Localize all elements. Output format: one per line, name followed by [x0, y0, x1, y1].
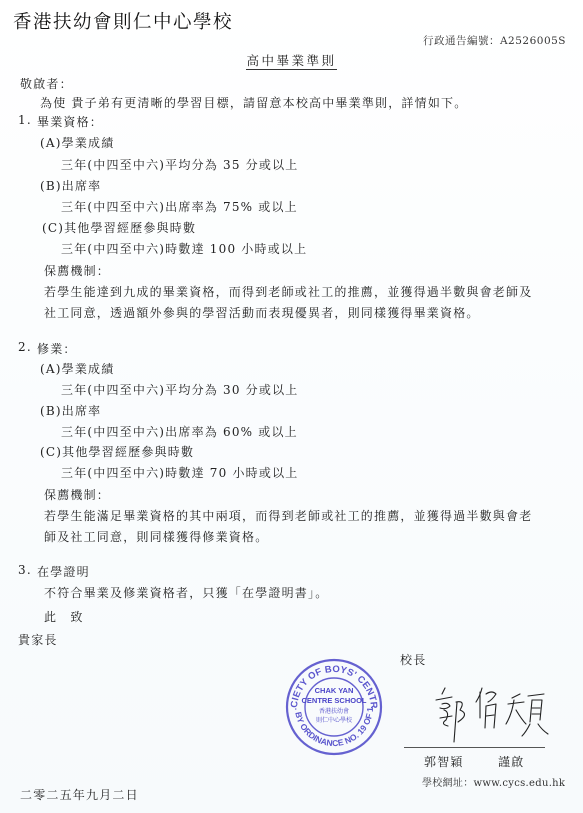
document-title-text: 高中畢業準則	[246, 53, 336, 70]
section-3-number: 3.	[18, 563, 32, 577]
school-name: 香港扶幼會則仁中心學校	[13, 8, 233, 34]
notice-reference-number: 行政通告編號：A2526005S	[423, 33, 566, 48]
recommendation-line-1: 若學生能達到九成的畢業資格，而得到老師或社工的推薦，並獲得過半數與會老師及	[44, 283, 532, 300]
recommendation-line-2: 師及社工同意，則同樣獲得修業資格。	[44, 528, 268, 545]
svg-text:則仁中心學校: 則仁中心學校	[316, 716, 353, 724]
section-1-number: 1.	[18, 113, 32, 127]
signature-line	[404, 747, 545, 748]
criterion-academic-label: (A)學業成績	[40, 360, 114, 377]
opening-paragraph: 為使 貴子弟有更清晰的學習目標，請留意本校高中畢業準則，詳情如下。	[40, 94, 467, 111]
recommendation-line-1: 若學生能滿足畢業資格的其中兩項，而得到老師或社工的推薦，並獲得過半數與會老	[44, 507, 532, 524]
svg-text:CHAK YAN: CHAK YAN	[315, 686, 354, 695]
principal-role: 校長	[400, 651, 426, 668]
criterion-attendance-label: (B)出席率	[40, 177, 101, 194]
recommendation-line-2: 社工同意，透過額外參與的學習活動而表現優異者，則同樣獲得畢業資格。	[44, 304, 480, 321]
criterion-ole-label: (C)其他學習經歷參與時數	[42, 219, 196, 236]
recommendation-heading: 保薦機制：	[44, 262, 110, 279]
principal-signature	[430, 680, 565, 745]
criterion-ole-label: (C)其他學習經歷參與時數	[40, 443, 194, 460]
criterion-attendance-detail: 三年(中四至中六)出席率為 75% 或以上	[61, 198, 298, 215]
criterion-ole-detail: 三年(中四至中六)時數達 100 小時或以上	[61, 240, 307, 257]
principal-name: 郭智穎	[424, 753, 464, 770]
section-2-number: 2.	[18, 340, 32, 354]
section-3-heading: 在學證明	[37, 563, 90, 580]
school-seal-stamp: SOCIETY OF BOYS' CENTRES INC. BY ORDINAN…	[283, 657, 385, 757]
criterion-attendance-label: (B)出席率	[40, 402, 101, 419]
section-3-body: 不符合畢業及修業資格者，只獲「在學證明書」。	[44, 584, 328, 601]
section-1-heading: 畢業資格：	[37, 113, 103, 130]
recommendation-heading: 保薦機制：	[44, 486, 110, 503]
school-website: 學校網址：www.cycs.edu.hk	[422, 774, 565, 789]
seal-icon: SOCIETY OF BOYS' CENTRES INC. BY ORDINAN…	[283, 657, 385, 757]
svg-text:CENTRE SCHOOL: CENTRE SCHOOL	[301, 696, 366, 705]
section-2-heading: 修業：	[37, 340, 77, 357]
criterion-attendance-detail: 三年(中四至中六)出席率為 60% 或以上	[61, 423, 298, 440]
sign-off: 謹啟	[498, 753, 524, 770]
criterion-academic-detail: 三年(中四至中六)平均分為 30 分或以上	[61, 381, 298, 398]
criterion-ole-detail: 三年(中四至中六)時數達 70 小時或以上	[61, 464, 298, 481]
svg-text:香港扶幼會: 香港扶幼會	[319, 707, 349, 715]
notice-date: 二零二五年九月二日	[20, 786, 139, 803]
closing-recipient: 貴家長	[18, 631, 58, 648]
criterion-academic-label: (A)學業成績	[40, 134, 114, 151]
closing-regards: 此 致	[44, 608, 84, 625]
document-title: 高中畢業準則	[0, 51, 583, 69]
criterion-academic-detail: 三年(中四至中六)平均分為 35 分或以上	[61, 156, 298, 173]
signature-icon	[430, 680, 565, 745]
salutation: 敬啟者：	[20, 75, 73, 92]
